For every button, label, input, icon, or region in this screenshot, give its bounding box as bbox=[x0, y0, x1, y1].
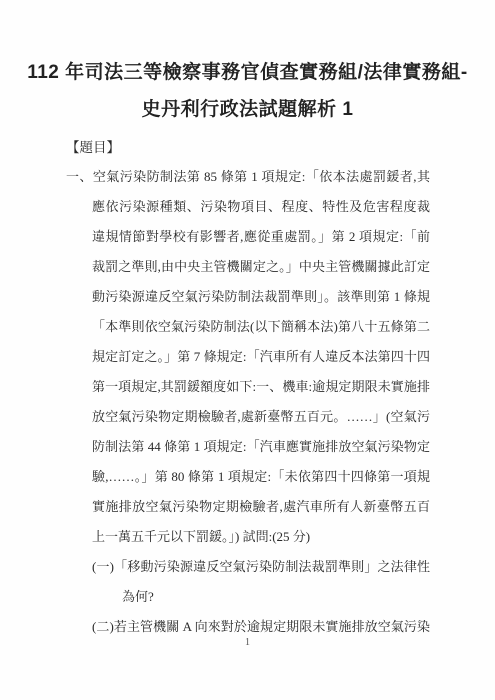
document-title: 112 年司法三等檢察事務官偵查實務組/法律實務組- 史丹利行政法試題解析 1 bbox=[0, 54, 495, 128]
question-line: 規定訂定之。」第 7 條規定:「汽車所有人違反本法第四十四條 bbox=[66, 342, 430, 372]
sub-question-line: 為何? bbox=[66, 582, 430, 612]
document-page: 112 年司法三等檢察事務官偵查實務組/法律實務組- 史丹利行政法試題解析 1 … bbox=[0, 0, 495, 700]
question-line: 動污染源違反空氣污染防制法裁罰準則」。該準則第 1 條規定: bbox=[66, 282, 430, 312]
question-line: 驗,……。」第 80 條第 1 項規定:「未依第四十四條第一項規定 bbox=[66, 462, 430, 492]
question-line: 「本準則依空氣污染防制法(以下簡稱本法)第八十五條第二項 bbox=[66, 312, 430, 342]
question-text: 一、空氣污染防制法第 85 條第 1 項規定:「依本法處罰鍰者,其額度 應依污染… bbox=[66, 162, 430, 642]
question-line: 應依污染源種類、污染物項目、程度、特性及危害程度裁處,其 bbox=[66, 192, 430, 222]
question-line: 第一項規定,其罰鍰額度如下:一、機車:逾規定期限未實施排 bbox=[66, 372, 430, 402]
question-line: 防制法第 44 條第 1 項規定:「汽車應實施排放空氣污染物定期檢 bbox=[66, 432, 430, 462]
question-line: 實施排放空氣污染物定期檢驗者,處汽車所有人新臺幣五百元以 bbox=[66, 492, 430, 522]
page-number: 1 bbox=[0, 637, 495, 648]
question-line: 一、空氣污染防制法第 85 條第 1 項規定:「依本法處罰鍰者,其額度 bbox=[66, 162, 430, 192]
section-label: 【題目】 bbox=[66, 140, 120, 156]
question-line: 放空氣污染物定期檢驗者,處新臺幣五百元。……」(空氣污染 bbox=[66, 402, 430, 432]
document-title-line1: 112 年司法三等檢察事務官偵查實務組/法律實務組- bbox=[27, 62, 468, 83]
question-line: 上一萬五千元以下罰鍰。」) 試問:(25 分) bbox=[66, 522, 430, 552]
document-title-line2: 史丹利行政法試題解析 1 bbox=[142, 99, 354, 120]
question-line: 違規情節對學校有影響者,應從重處罰。」第 2 項規定:「前項 bbox=[66, 222, 430, 252]
sub-question-line: (一)「移動污染源違反空氣污染防制法裁罰準則」之法律性質 bbox=[66, 552, 430, 582]
question-line: 裁罰之準則,由中央主管機關定之。」中央主管機關據此訂定「移 bbox=[66, 252, 430, 282]
